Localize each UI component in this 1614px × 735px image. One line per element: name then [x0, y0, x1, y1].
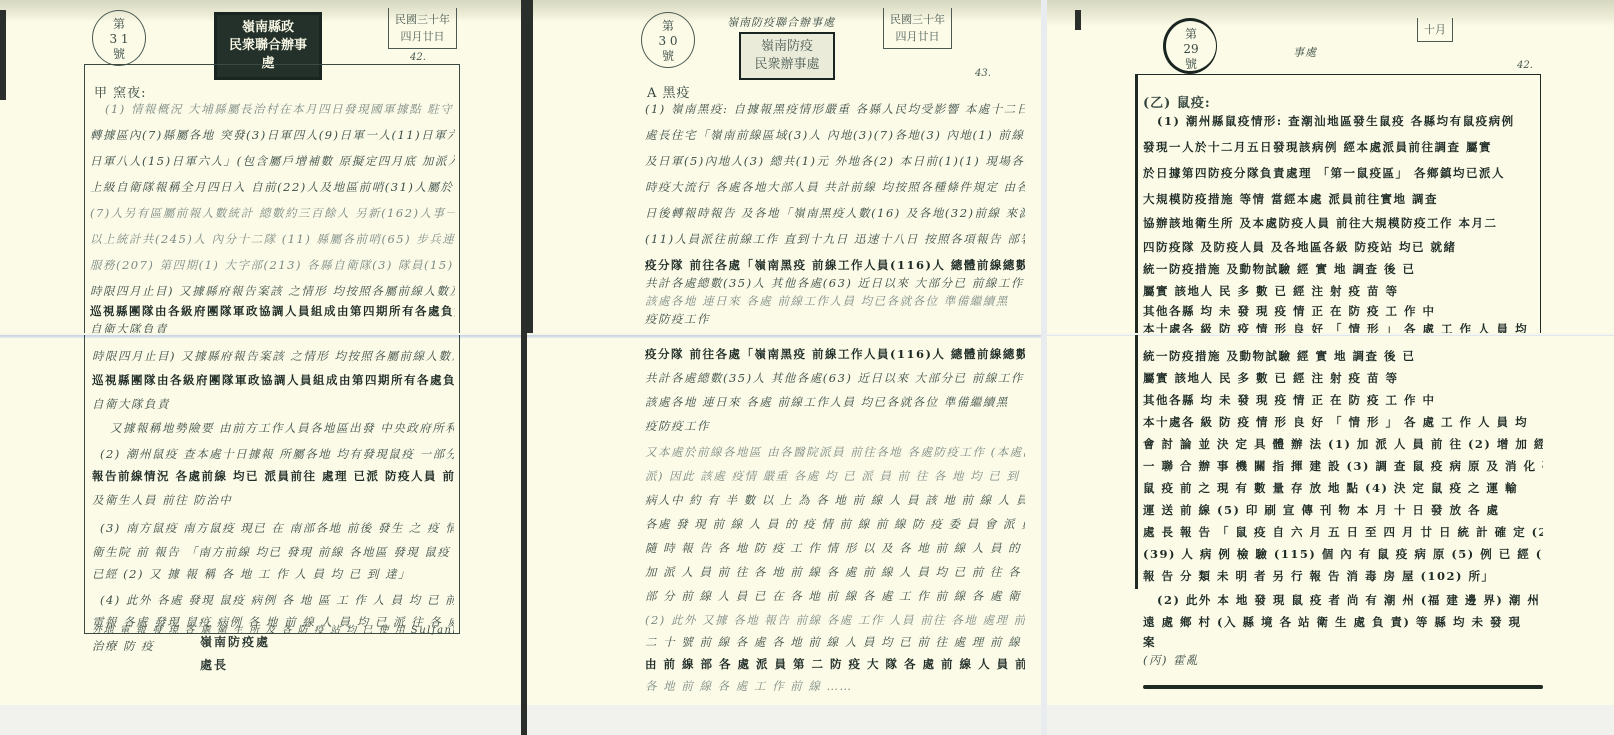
text-line: (3) 南方鼠疫 南方鼠疫 現已 在 南部各地 前後 發生 之 疫 情 及 預 …	[100, 515, 454, 542]
text-line: 治療 防 疫	[92, 633, 192, 660]
text-line: 轉據區內(7)縣屬各地 突發(3)日軍四人(9)日軍一人(11)日軍六人(13)…	[90, 122, 455, 149]
signature-stamp: 嶺南防疫處 處長	[200, 633, 270, 673]
date-box: 十月	[1417, 18, 1453, 42]
date-box: 民國三十年 四月廿日	[883, 8, 952, 49]
page-bottom-right: 統一防疫措施 及動物試驗 經 實 地 調查 後 已 屬實 該地人 民 多 數 已…	[1047, 335, 1614, 735]
text-line: 部 分 前 線 人 員 已 在 各 地 前 線 各 處 工 作 前 線 各 處 …	[645, 583, 1025, 610]
text-line: 各 地 前 線 各 處 工 作 前 線 ……	[645, 673, 905, 700]
text-line: 又本處於前線各地區 由各醫院派員 前往各地 各處防疫工作 (本處派員	[645, 439, 1025, 466]
office-seal: 嶺南防疫 民衆辦事處	[739, 32, 835, 80]
frame-bottom-border	[1143, 685, 1543, 689]
text-line: (1) 潮州縣鼠疫情形: 查潮汕地區發生鼠疫 各縣均有鼠疫病例	[1157, 108, 1537, 135]
page-divider	[1041, 0, 1047, 735]
text-line: 於日據第四防疫分隊負責處理 「第一鼠疫區」 各鄉鎮均已派人	[1143, 160, 1537, 187]
document-number-stamp: 第 29 號	[1163, 18, 1217, 74]
text-line: 已經 (2) 又 據 報 稱 各 地 工 作 人 員 均 已 到 達」	[92, 561, 454, 588]
page-bottom-center: 疫分隊 前往各處「嶺南黑疫 前線工作人員(116)人 總體前線總數(18)人 總…	[527, 335, 1045, 735]
text-line: 及日軍(5)內地人(3) 總共(1)元 外地各(2) 本日前(1)(1) 現場各…	[645, 148, 1025, 175]
text-line: (7)人另有區屬前報人數統計 總數約三百餘人 另新(162)人事一	[90, 200, 455, 227]
page-edge	[1075, 10, 1081, 30]
text-line: 疫防疫工作	[645, 413, 1025, 440]
text-line: 巡視縣團隊由各級府團隊軍政協調人員組成由第四期所有各處負責人員擔任由	[92, 367, 454, 394]
scan-margin	[0, 705, 525, 735]
page-number: 42.	[410, 52, 426, 63]
text-line: 各處 發 現 前 線 人 員 的 疫 情 前 線 前 線 防 疫 委 員 會 派…	[645, 511, 1025, 538]
text-line: (丙) 霍亂	[1143, 647, 1223, 674]
letterhead: 嶺南防疫聯合辦事處	[727, 14, 835, 30]
page-top-right: 第 29 號 事處 十月 42. (乙) 鼠疫: (1) 潮州縣鼠疫情形: 查潮…	[1047, 0, 1614, 333]
text-line: 及衛生人員 前往 防治中	[92, 487, 454, 514]
page-top-center: 第 3 0 號 嶺南防疫聯合辦事處 嶺南防疫 民衆辦事處 民國三十年 四月廿日 …	[527, 0, 1045, 333]
text-line: 病人中 約 有 半 數 以 上 為 各 地 前 線 人 員 該 地 前 線 人 …	[645, 487, 1025, 514]
text-line: 時疫大流行 各處各地大部人員 共計前線 均按照各種條件規定 由各級政府	[645, 174, 1025, 201]
text-line: 疫分隊 前往各處「嶺南黑疫 前線工作人員(116)人 總體前線總數(18)人 總	[645, 341, 1025, 368]
date-box: 民國三十年 四月廿日	[388, 8, 457, 49]
text-line: 報 告 分 類 未 明 者 另 行 報 告 消 毒 房 屋 (102) 所」	[1143, 563, 1543, 590]
text-line: 日後轉報時報告 及各地「嶺南黑疫人數(16) 及各地(32)前線 來源	[645, 200, 1025, 227]
text-line: 報告前線情況 各處前線 均已 派員前往 處理 已派 防疫人員 前往 各前線	[92, 463, 454, 490]
text-line: 遠 處 鄉 村 (入 縣 境 各 站 衛 生 處 負 責) 等 縣 均 未 發 …	[1143, 609, 1543, 636]
page-bottom-left: 時限四月止目) 又據縣府報告案該 之情形 均按照各屬前線人數及籌備 及派員 巡視…	[0, 335, 525, 735]
text-line: 疫防疫工作	[645, 306, 1025, 333]
document-number-stamp: 第 3 0 號	[641, 12, 695, 68]
text-line: (11)人員派往前線工作 直到十九日 迅速十八日 按照各項報告 部署前防	[645, 226, 1025, 253]
text-line: 本十處各 級 防 疫 情 形 良 好 「 情 形 」 各 處 工 作 人 員 均	[1143, 316, 1537, 333]
text-line: 自衛大隊負責	[92, 391, 454, 418]
page-number: 43.	[975, 68, 991, 79]
text-line: 隨 時 報 告 各 地 防 疫 工 作 情 形 以 及 各 地 前 線 人 員 …	[645, 535, 1025, 562]
text-line: (1) 嶺南黑疫: 自據報黑疫情形嚴重 各縣人民均受影響 本處十二日派醫務隊員	[645, 96, 1025, 123]
scan-margin	[527, 705, 1045, 735]
text-line: 處長住宅「嶺南前線區域(3)人 內地(3)(7)各地(3) 內地(1) 前線人數…	[645, 122, 1025, 149]
text-line: 又據報稱地勢險要 由前方工作人員各地區出發 中央政府所利用	[110, 415, 454, 442]
page-number: 42.	[1517, 60, 1533, 71]
letterhead: 事處	[1293, 44, 1317, 60]
text-line: 協辦該地衛生所 及本處防疫人員 前往大規模防疫工作 本月二	[1143, 210, 1537, 237]
page-fold-shadow	[1047, 0, 1614, 26]
page-edge	[0, 10, 6, 100]
text-line: 時限四月止目) 又據縣府報告案該 之情形 均按照各屬前線人數及籌備 及派員	[92, 343, 454, 370]
page-divider	[521, 0, 527, 735]
scan-seam	[527, 335, 1045, 338]
text-line: 派) 因此 該處 疫情 嚴重 各處 均 已 派 員 前 往 各 地 均 已 到 …	[645, 463, 1025, 490]
text-line: 發現一人於十二月五日發現該病例 經本處派員前往調查 屬實	[1143, 134, 1537, 161]
text-line: (1) 情報概況 大埔縣屬長治村在本月四日發現國軍據點 駐守官兵約三十餘人 得	[105, 96, 455, 123]
text-line: 日軍八人(15)日軍六人」(包含屬戶增補數 原擬定四月底 加派入) 又據調查所得…	[90, 148, 455, 175]
text-line: 上級自衛隊報稱全月四日入 自前(22)人及地區前哨(31)人屬於各部隊工作人數 …	[90, 174, 455, 201]
page-top-left: 第 3 1 號 嶺南縣政 民衆聯合辦事處 民國三十年 四月廿日 42. 甲 窯夜…	[0, 0, 525, 333]
text-line: 加 派 人 員 前 往 各 地 前 線 各 處 前 線 人 員 均 已 前 往 …	[645, 559, 1025, 586]
document-number-stamp: 第 3 1 號	[92, 10, 146, 66]
text-line: 自衛大隊負責	[90, 316, 455, 333]
text-line: 以上統計共(245)人 內分十二隊 (11) 縣屬各前哨(65) 步兵連(58)…	[90, 226, 455, 253]
text-line: 共計各處總數(35)人 其他各處(63) 近日以來 大部分已 前線工作 均已就緒	[645, 365, 1025, 392]
page-edge	[527, 0, 533, 333]
text-line: 服務(207) 第四期(1) 大字部(213) 各縣自衛隊(3) 隊員(15) …	[90, 252, 455, 279]
scan-margin	[1047, 705, 1614, 735]
text-line: 大規模防疫措施 等情 當經本處 派員前往實地 調查	[1143, 186, 1537, 213]
text-line: 該處各地 連日來 各處 前線工作人員 均已各就各位 準備繼續黑	[645, 389, 1025, 416]
